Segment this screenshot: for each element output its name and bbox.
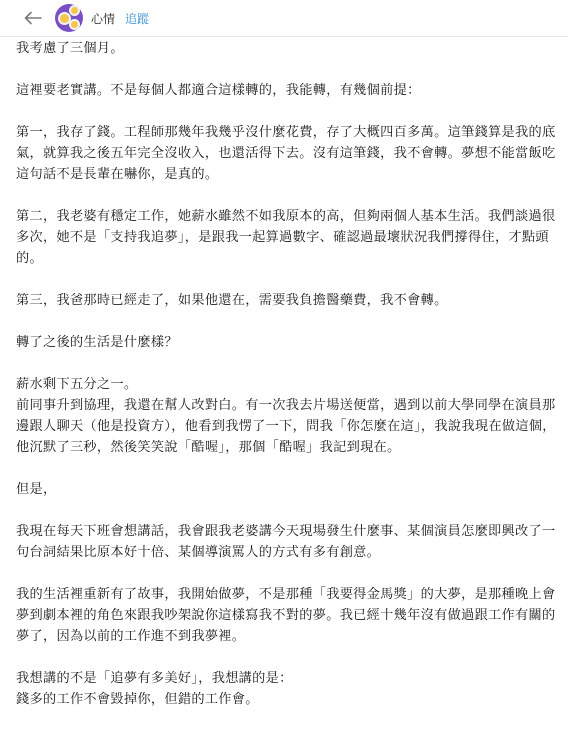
paragraph: 我考慮了三個月。 [16,38,556,59]
post-content: 我考慮了三個月。 這裡要老實講。不是每個人都適合這樣轉的，我能轉，有幾個前提： … [16,38,556,710]
paragraph: 錢多的工作不會毀掉你，但錯的工作會。 [16,689,556,710]
follow-button[interactable]: 追蹤 [125,10,149,27]
paragraph: 我想講的不是「追夢有多美好」，我想講的是： [16,668,556,689]
post-header: 心情 追蹤 [0,0,568,37]
author-name[interactable]: 心情 [91,10,115,27]
paragraph: 這裡要老實講。不是每個人都適合這樣轉的，我能轉，有幾個前提： [16,80,556,101]
paragraph: 轉了之後的生活是什麼樣？ [16,332,556,353]
paragraph: 第三，我爸那時已經走了，如果他還在，需要我負擔醫藥費，我不會轉。 [16,290,556,311]
paragraph: 我現在每天下班會想講話，我會跟我老婆講今天現場發生什麼事、某個演員怎麼即興改了一… [16,521,556,563]
paragraph: 薪水剩下五分之一。 [16,374,556,395]
paragraph: 我的生活裡重新有了故事，我開始做夢，不是那種「我要得金馬獎」的大夢，是那種晚上會… [16,584,556,647]
arrow-left-icon [24,11,42,25]
paragraph: 第二，我老婆有穩定工作，她薪水雖然不如我原本的高，但夠兩個人基本生活。我們談過很… [16,206,556,269]
paragraph: 但是， [16,479,556,500]
paragraph: 前同事升到協理，我還在幫人改對白。有一次我去片場送便當，遇到以前大學同學在演員那… [16,395,556,458]
paragraph: 第一，我存了錢。工程師那幾年我幾乎沒什麼花費，存了大概四百多萬。這筆錢算是我的底… [16,122,556,185]
emoji-avatar-icon[interactable] [55,4,83,32]
back-button[interactable] [23,8,43,28]
